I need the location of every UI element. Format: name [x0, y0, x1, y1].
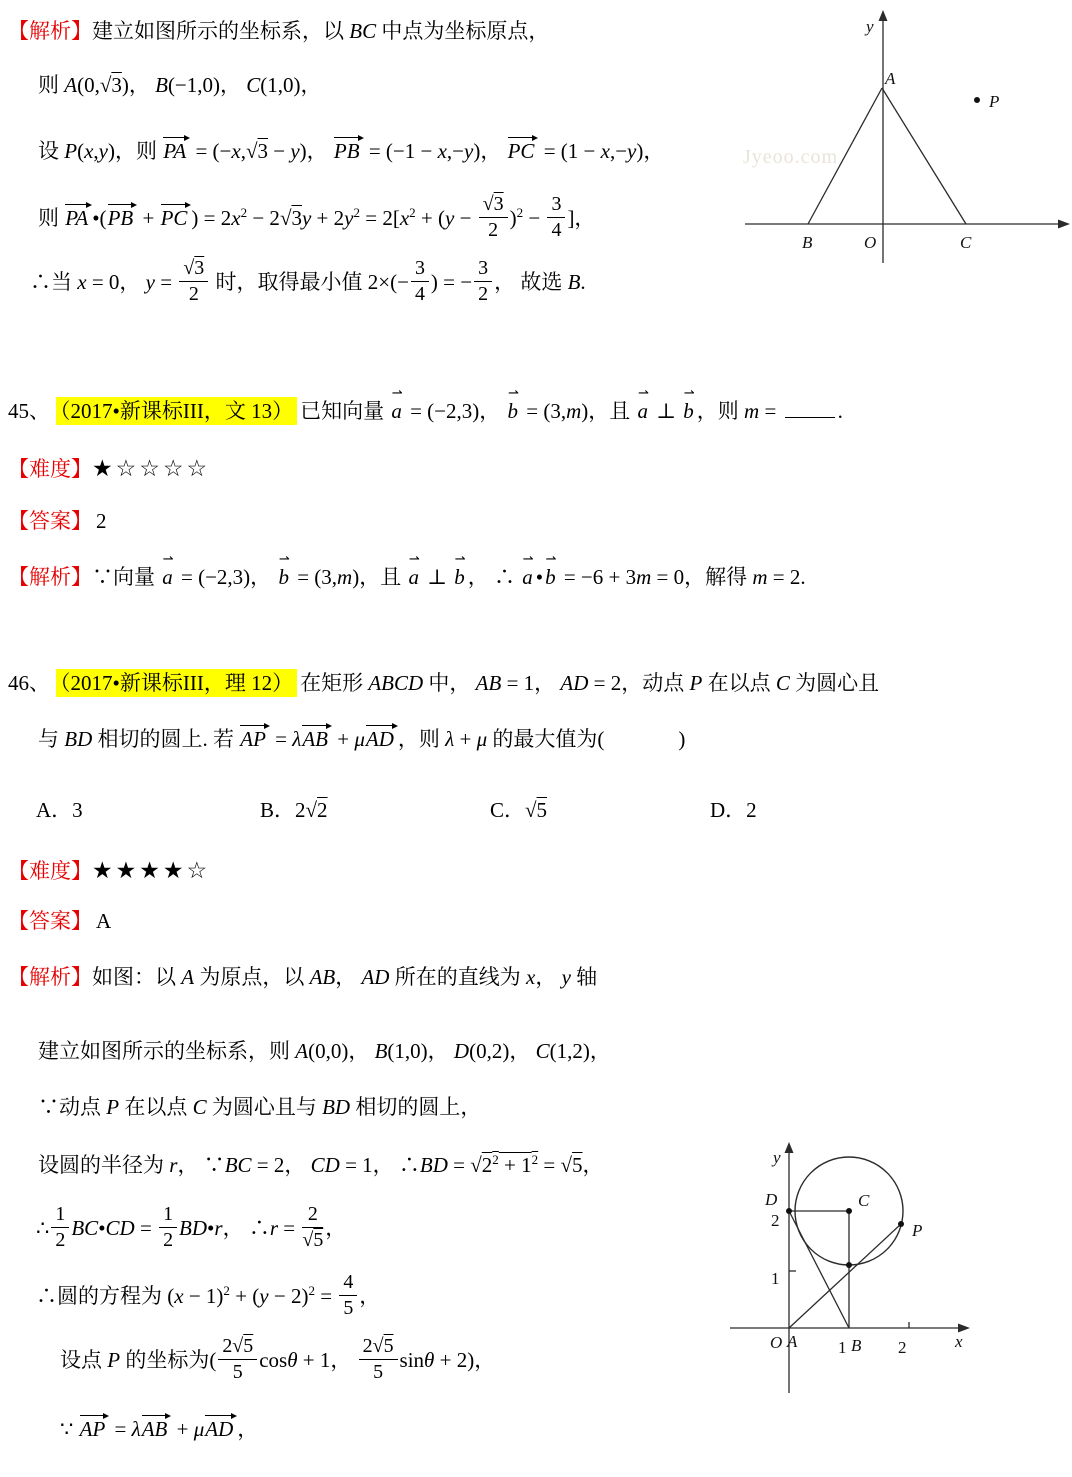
q44-solution-line2: 则 A(0,√3)， B(−1,0)， C(1,0)，: [38, 70, 322, 100]
q46-analysis-text4: 设圆的半径为 r， ∵BC = 2， CD = 1， ∴BD = √22 + 1…: [38, 1153, 604, 1177]
q46-answer-value: A: [96, 909, 111, 933]
difficulty-label: 【难度】: [8, 457, 92, 481]
q46-stem-text1: 在矩形 ABCD 中， AB = 1， AD = 2，动点 P 在以点 C 为圆…: [300, 671, 879, 695]
fig2-y1-tick-label: 1: [771, 1269, 780, 1288]
fig2-y-axis-arrow: [785, 1142, 794, 1153]
q46-analysis-text7: 设点 P 的坐标为(2√55cosθ + 1， 2√55sinθ + 2)，: [60, 1348, 495, 1372]
q46-option-c: C．√5: [490, 795, 547, 825]
q44-solution-line3: 设 P(x,y)，则 PA = (−x,√3 − y)， PB = (−1 − …: [38, 136, 664, 166]
fig2-segment-bd: [789, 1211, 849, 1328]
analysis-label: 【解析】: [8, 565, 92, 589]
q44-solution-text3: 设 P(x,y)，则 PA = (−x,√3 − y)， PB = (−1 − …: [38, 139, 664, 163]
watermark-text: Jyeoo.com: [743, 146, 838, 168]
fig2-point-b-label: B: [851, 1336, 862, 1355]
q46-answer: 【答案】A: [8, 906, 111, 936]
difficulty-label: 【难度】: [8, 859, 92, 883]
fig2-point-d-dot: [786, 1208, 792, 1214]
q46-source-highlight: （2017•新课标III，理 12）: [56, 669, 297, 697]
fig2-origin-label: O: [770, 1333, 782, 1352]
fig2-x-axis-label: x: [954, 1332, 963, 1351]
q46-analysis-text5: ∴12BC•CD = 12BD•r， ∴r = 2√5，: [36, 1216, 346, 1240]
q44-solution-line5: ∴当 x = 0， y = √32 时，取得最小值 2×(−34) = −32，…: [30, 260, 586, 309]
fig2-point-a-label: A: [786, 1332, 798, 1351]
q46-analysis-text3: ∵动点 P 在以点 C 为圆心且与 BD 相切的圆上，: [38, 1095, 481, 1119]
fig1-origin-label: O: [864, 233, 876, 252]
fig1-point-b-label: B: [802, 233, 813, 252]
q46-option-d: D．2: [710, 795, 757, 825]
answer-label: 【答案】: [8, 909, 92, 933]
q46-stem-line1: 46、（2017•新课标III，理 12）在矩形 ABCD 中， AB = 1，…: [8, 668, 879, 698]
fig1-point-c-label: C: [960, 233, 972, 252]
q46-number: 46、: [8, 671, 50, 695]
q46-option-a: A．3: [36, 795, 83, 825]
fig2-point-d-label: D: [764, 1190, 778, 1209]
q45-source-highlight: （2017•新课标III，文 13）: [56, 397, 297, 425]
fig1-point-a-label: A: [884, 69, 896, 88]
q46-analysis-line6: ∴圆的方程为 (x − 1)2 + (y − 2)2 = 45，: [36, 1274, 380, 1323]
q46-analysis-line4: 设圆的半径为 r， ∵BC = 2， CD = 1， ∴BD = √22 + 1…: [38, 1150, 604, 1180]
fig1-x-axis-arrow: [1058, 220, 1070, 229]
q44-solution-text5: ∴当 x = 0， y = √32 时，取得最小值 2×(−34) = −32，…: [30, 270, 586, 294]
fig1-y-axis-arrow: [879, 10, 888, 21]
q45-number: 45、: [8, 399, 50, 423]
fig2-point-p-dot: [898, 1221, 904, 1227]
q46-difficulty: 【难度】★★★★☆: [8, 856, 210, 886]
fig2-y-axis-label: y: [771, 1148, 781, 1167]
q45-difficulty: 【难度】★☆☆☆☆: [8, 454, 210, 484]
fig2-segment-ap: [789, 1224, 901, 1328]
figure-circle-coordinate: y D 2 C P 1 O A 1 B 2 x: [715, 1125, 1072, 1410]
q45-answer-value: 2: [96, 509, 107, 533]
q46-analysis-line1: 【解析】如图：以 A 为原点，以 AB， AD 所在的直线为 x， y 轴: [8, 962, 597, 992]
q45-analysis: 【解析】∵向量 a = (−2,3)， b = (3,m)，且 a ⊥ b， ∴…: [8, 560, 806, 592]
q46-analysis-line3: ∵动点 P 在以点 C 为圆心且与 BD 相切的圆上，: [38, 1092, 481, 1122]
figure-triangle-coordinate: Jyeoo.com y A B O C P: [725, 5, 1072, 270]
fig2-point-c-dot: [846, 1208, 852, 1214]
fig2-y2-tick-label: 2: [771, 1211, 780, 1230]
q46-analysis-text6: ∴圆的方程为 (x − 1)2 + (y − 2)2 = 45，: [36, 1284, 380, 1308]
analysis-label: 【解析】: [8, 19, 92, 43]
q46-analysis-line2: 建立如图所示的坐标系，则 A(0,0)， B(1,0)， D(0,2)， C(1…: [38, 1036, 611, 1066]
q46-analysis-line8: ∵ AP = λAB + μAD，: [60, 1414, 258, 1444]
fig1-point-p-dot: [974, 97, 980, 103]
fig1-edge-ac: [882, 88, 966, 224]
document-page: 【解析】建立如图所示的坐标系，以 BC 中点为坐标原点， 则 A(0,√3)， …: [0, 0, 1072, 1477]
q44-solution-line1: 【解析】建立如图所示的坐标系，以 BC 中点为坐标原点，: [8, 16, 549, 46]
q44-solution-text2: 则 A(0,√3)， B(−1,0)， C(1,0)，: [38, 73, 322, 97]
q44-solution-text1: 建立如图所示的坐标系，以 BC 中点为坐标原点，: [92, 19, 549, 43]
q46-analysis-line7: 设点 P 的坐标为(2√55cosθ + 1， 2√55sinθ + 2)，: [60, 1338, 495, 1387]
q44-solution-line4: 则 PA•(PB + PC) = 2x2 − 2√3y + 2y2 = 2[x2…: [38, 196, 595, 245]
fig2-x2-tick-label: 2: [898, 1338, 907, 1357]
fig2-point-p-label: P: [911, 1221, 922, 1240]
q46-difficulty-stars: ★★★★☆: [92, 858, 210, 883]
fig1-y-axis-label: y: [864, 17, 874, 36]
q46-stem-text2: 与 BD 相切的圆上. 若 AP = λAB + μAD，则 λ + μ 的最大…: [38, 727, 685, 751]
q45-answer: 【答案】2: [8, 506, 107, 536]
fig1-point-p-label: P: [988, 92, 999, 111]
fig2-tangent-point-dot: [846, 1262, 852, 1268]
q46-analysis-text2: 建立如图所示的坐标系，则 A(0,0)， B(1,0)， D(0,2)， C(1…: [38, 1039, 611, 1063]
fig2-point-c-label: C: [858, 1191, 870, 1210]
answer-label: 【答案】: [8, 509, 92, 533]
q46-analysis-text8: ∵ AP = λAB + μAD，: [60, 1417, 258, 1441]
q46-analysis-text1: 如图：以 A 为原点，以 AB， AD 所在的直线为 x， y 轴: [92, 965, 597, 989]
q46-option-b: B．2√2: [260, 795, 328, 825]
q45-stem-text: 已知向量 a = (−2,3)， b = (3,m)，且 a ⊥ b，则 m =…: [300, 399, 843, 423]
q45-difficulty-stars: ★☆☆☆☆: [92, 456, 210, 481]
analysis-label: 【解析】: [8, 965, 92, 989]
fig2-x1-tick-label: 1: [838, 1338, 847, 1357]
q46-analysis-line5: ∴12BC•CD = 12BD•r， ∴r = 2√5，: [36, 1206, 346, 1255]
q44-solution-text4: 则 PA•(PB + PC) = 2x2 − 2√3y + 2y2 = 2[x2…: [38, 206, 595, 230]
q45-analysis-text: ∵向量 a = (−2,3)， b = (3,m)，且 a ⊥ b， ∴ a•b…: [92, 565, 806, 589]
q46-stem-line2: 与 BD 相切的圆上. 若 AP = λAB + μAD，则 λ + μ 的最大…: [38, 724, 685, 754]
q45-stem: 45、（2017•新课标III，文 13）已知向量 a = (−2,3)， b …: [8, 394, 843, 426]
